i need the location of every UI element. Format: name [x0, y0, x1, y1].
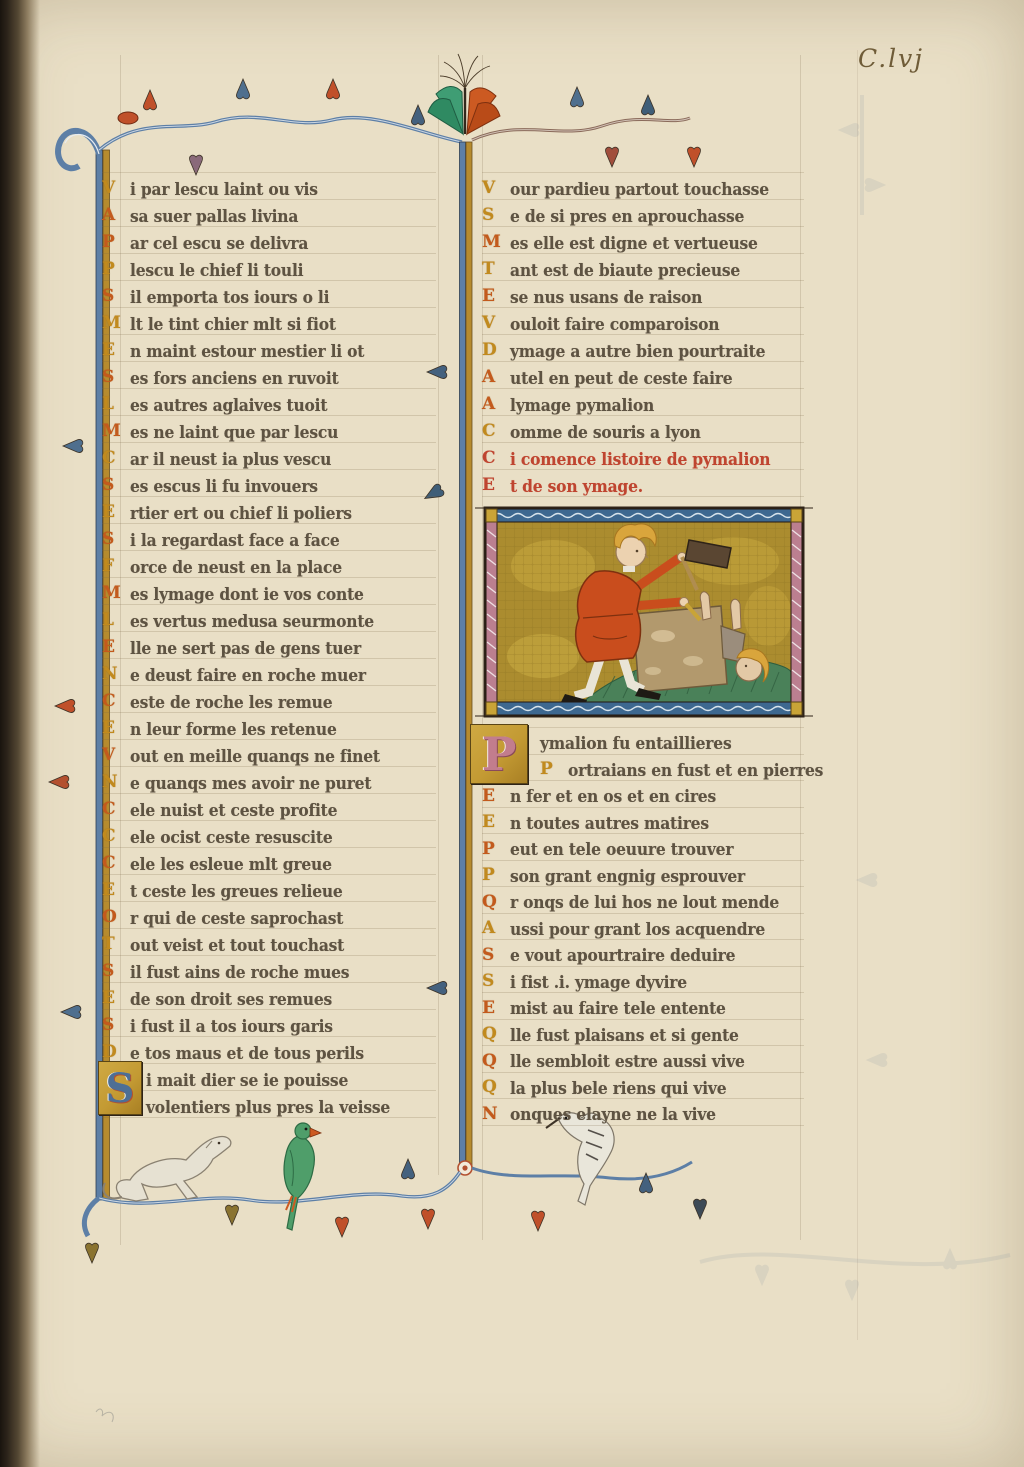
- text-line: S e de si pres en aprouchasse: [482, 200, 804, 227]
- text-line: C ele ocist ceste resuscite: [102, 821, 436, 848]
- text-line: N e deust faire en roche muer: [102, 659, 436, 686]
- line-initial: S: [482, 947, 510, 964]
- text-line: E rtier ert ou chief li poliers: [102, 497, 436, 524]
- text-line: P lescu le chief li touli: [102, 254, 436, 281]
- line-text: r qui de ceste saprochast: [130, 910, 343, 926]
- line-initial: E: [482, 477, 510, 494]
- text-line: S il fust ains de roche mues: [102, 956, 436, 983]
- line-text: es ne laint que par lescu: [130, 424, 338, 440]
- text-line: Q lle fust plaisans et si gente: [482, 1020, 804, 1047]
- text-line: volentiers plus pres la veisse: [102, 1091, 436, 1118]
- text-line: C ele nuist et ceste profite: [102, 794, 436, 821]
- text-line: S es escus li fu invouers: [102, 470, 436, 497]
- text-line: C ele les esleue mlt greue: [102, 848, 436, 875]
- text-line: M es lymage dont ie vos conte: [102, 578, 436, 605]
- line-text: n fer et en os et en cires: [510, 788, 716, 804]
- text-line: V our pardieu partout touchasse: [482, 173, 804, 200]
- line-initial: S: [102, 963, 130, 980]
- text-line: E n maint estour mestier li ot: [102, 335, 436, 362]
- corner-curl: [58, 131, 99, 168]
- top-border-vine: [99, 112, 690, 150]
- line-initial: Q: [482, 894, 510, 911]
- line-initial: P: [482, 841, 510, 858]
- line-initial: S: [102, 477, 130, 494]
- text-line: Q r onqs de lui hos ne lout mende: [482, 887, 804, 914]
- initial-letter: S: [106, 1065, 135, 1112]
- line-text: lescu le chief li touli: [130, 262, 303, 278]
- pencil-mark: [96, 1409, 113, 1422]
- line-initial: L: [102, 396, 130, 413]
- line-text: es escus li fu invouers: [130, 478, 318, 494]
- line-initial: P: [482, 867, 510, 884]
- line-initial: Q: [482, 1026, 510, 1043]
- line-text: i mait dier se ie pouisse: [146, 1072, 348, 1088]
- line-initial: V: [102, 747, 130, 764]
- line-text: lle sembloit estre aussi vive: [510, 1053, 745, 1069]
- text-line: C i comence listoire de pymalion: [482, 443, 804, 470]
- line-text: utel en peut de ceste faire: [510, 370, 732, 386]
- line-initial: S: [102, 531, 130, 548]
- line-text: la plus bele riens qui vive: [510, 1080, 726, 1096]
- line-text: e quanqs mes avoir ne puret: [130, 775, 371, 791]
- text-line: D ymage a autre bien pourtraite: [482, 335, 804, 362]
- text-line: L es vertus medusa seurmonte: [102, 605, 436, 632]
- right-text-column-upper: V our pardieu partout touchasse S e de s…: [482, 172, 804, 497]
- line-text: i fist .i. ymage dyvire: [510, 974, 687, 990]
- text-line: P ar cel escu se delivra: [102, 227, 436, 254]
- line-text: t ceste les greues relieue: [130, 883, 343, 899]
- line-initial: S: [482, 207, 510, 224]
- line-initial: F: [102, 558, 130, 575]
- text-line: P son grant engnig esprouver: [482, 861, 804, 888]
- book-gutter-shadow: [0, 0, 40, 1467]
- line-text: es lymage dont ie vos conte: [130, 586, 364, 602]
- text-line: O r qui de ceste saprochast: [102, 902, 436, 929]
- vine-bud: [118, 112, 138, 124]
- ruling-line: [438, 55, 439, 1175]
- text-line: S es fors anciens en ruvoit: [102, 362, 436, 389]
- ruling-line: [857, 50, 858, 1340]
- text-line: L es autres aglaives tuoit: [102, 389, 436, 416]
- line-initial: M: [102, 585, 130, 602]
- line-text: our pardieu partout touchasse: [510, 181, 769, 197]
- text-line: Q lle sembloit estre aussi vive: [482, 1046, 804, 1073]
- text-line: S i fust il a tos iours garis: [102, 1010, 436, 1037]
- text-line: E n toutes autres matires: [482, 808, 804, 835]
- text-line: S e vout apourtraire deduire: [482, 940, 804, 967]
- initial-letter: P: [482, 727, 517, 781]
- line-text: es autres aglaives tuoit: [130, 397, 327, 413]
- text-line: ymalion fu entaillieres: [482, 728, 804, 755]
- line-text: ouloit faire comparoison: [510, 316, 719, 332]
- text-line: V i par lescu laint ou vis: [102, 173, 436, 200]
- text-line: Q la plus bele riens qui vive: [482, 1073, 804, 1100]
- line-initial: N: [102, 666, 130, 683]
- line-text: ar cel escu se delivra: [130, 235, 308, 251]
- line-initial: D: [482, 342, 510, 359]
- text-line: S i fist .i. ymage dyvire: [482, 967, 804, 994]
- text-line: A utel en peut de ceste faire: [482, 362, 804, 389]
- text-line: E se nus usans de raison: [482, 281, 804, 308]
- text-line: E lle ne sert pas de gens tuer: [102, 632, 436, 659]
- text-line: E n fer et en os et en cires: [482, 781, 804, 808]
- line-initial: M: [102, 423, 130, 440]
- line-text: ant est de biaute precieuse: [510, 262, 740, 278]
- line-initial: V: [482, 180, 510, 197]
- line-initial: E: [102, 504, 130, 521]
- line-text: ymalion fu entaillieres: [540, 735, 731, 751]
- line-initial: L: [102, 612, 130, 629]
- line-text: out veist et tout touchast: [130, 937, 344, 953]
- line-text: t de son ymage.: [510, 478, 643, 494]
- parrot-figure: [284, 1123, 321, 1230]
- line-initial: C: [102, 855, 130, 872]
- text-line: A sa suer pallas livina: [102, 200, 436, 227]
- line-text: rtier ert ou chief li poliers: [130, 505, 352, 521]
- line-text: i comence listoire de pymalion: [510, 451, 770, 467]
- text-line: T ant est de biaute precieuse: [482, 254, 804, 281]
- text-line: E n leur forme les retenue: [102, 713, 436, 740]
- line-initial: A: [482, 369, 510, 386]
- line-initial: N: [482, 1106, 510, 1123]
- central-border-bar: [458, 142, 472, 1175]
- text-line: S i la regardast face a face: [102, 524, 436, 551]
- line-text: lt le tint chier mlt si fiot: [130, 316, 336, 332]
- line-initial: E: [482, 1000, 510, 1017]
- text-line: S il emporta tos iours o li: [102, 281, 436, 308]
- line-initial: C: [102, 828, 130, 845]
- line-text: ortraians en fust et en pierres: [568, 762, 823, 778]
- line-initial: E: [482, 814, 510, 831]
- line-text: i fust il a tos iours garis: [130, 1018, 333, 1034]
- line-initial: S: [102, 288, 130, 305]
- line-initial: P: [102, 234, 130, 251]
- text-line: M lt le tint chier mlt si fiot: [102, 308, 436, 335]
- text-line: A lymage pymalion: [482, 389, 804, 416]
- line-initial: P: [102, 261, 130, 278]
- line-text: out en meille quanqs ne finet: [130, 748, 380, 764]
- line-initial: E: [482, 288, 510, 305]
- line-initial: C: [102, 450, 130, 467]
- miniature-pygmalion-carving: [483, 506, 805, 718]
- text-line: D e tos maus et de tous perils: [102, 1037, 436, 1064]
- line-initial: M: [102, 315, 130, 332]
- text-line: M es ne laint que par lescu: [102, 416, 436, 443]
- line-text: e de si pres en aprouchasse: [510, 208, 744, 224]
- text-line: V ouloit faire comparoison: [482, 308, 804, 335]
- text-line: M es elle est digne et vertueuse: [482, 227, 804, 254]
- line-text: e tos maus et de tous perils: [130, 1045, 364, 1061]
- line-text: es fors anciens en ruvoit: [130, 370, 339, 386]
- line-initial: A: [482, 396, 510, 413]
- line-initial: P: [540, 761, 568, 778]
- text-line: A ussi pour grant los acquendre: [482, 914, 804, 941]
- line-text: mist au faire tele entente: [510, 1000, 726, 1016]
- vine-roundel: [458, 1161, 472, 1175]
- line-initial: C: [102, 693, 130, 710]
- text-line: C este de roche les remue: [102, 686, 436, 713]
- text-line: P eut en tele oeuure trouver: [482, 834, 804, 861]
- left-text-column: S V i par lescu laint ou vis A sa suer p…: [102, 172, 436, 1118]
- text-line: C ar il neust ia plus vescu: [102, 443, 436, 470]
- line-text: e vout apourtraire deduire: [510, 947, 735, 963]
- line-text: il fust ains de roche mues: [130, 964, 349, 980]
- text-line: P ortraians en fust et en pierres: [482, 755, 804, 782]
- line-text: onques elayne ne la vive: [510, 1106, 716, 1122]
- line-text: ele ocist ceste resuscite: [130, 829, 333, 845]
- line-text: omme de souris a lyon: [510, 424, 701, 440]
- line-initial: C: [482, 423, 510, 440]
- text-line: E t ceste les greues relieue: [102, 875, 436, 902]
- line-initial: C: [102, 801, 130, 818]
- text-line: V out en meille quanqs ne finet: [102, 740, 436, 767]
- line-text: eut en tele oeuure trouver: [510, 841, 733, 857]
- line-initial: S: [102, 1017, 130, 1034]
- line-text: i par lescu laint ou vis: [130, 181, 318, 197]
- text-line: N onques elayne ne la vive: [482, 1099, 804, 1126]
- line-text: de son droit ses remues: [130, 991, 332, 1007]
- text-line: N e quanqs mes avoir ne puret: [102, 767, 436, 794]
- decorated-initial-S: S: [98, 1061, 142, 1115]
- line-initial: A: [102, 207, 130, 224]
- line-initial: T: [102, 936, 130, 953]
- line-initial: Q: [482, 1079, 510, 1096]
- line-text: volentiers plus pres la veisse: [146, 1099, 390, 1115]
- line-initial: E: [102, 882, 130, 899]
- line-text: i la regardast face a face: [130, 532, 340, 548]
- line-initial: V: [102, 180, 130, 197]
- bottom-border-vine: [84, 1162, 692, 1236]
- line-initial: E: [102, 639, 130, 656]
- decorated-initial-P: P: [470, 724, 528, 784]
- right-text-column-lower: P ymalion fu entaillieres P ortraians en…: [482, 727, 804, 1126]
- line-text: es elle est digne et vertueuse: [510, 235, 758, 251]
- line-initial: O: [102, 909, 130, 926]
- line-initial: E: [482, 788, 510, 805]
- line-initial: E: [102, 720, 130, 737]
- manuscript-page: C.lvj: [0, 0, 1024, 1467]
- line-text: n maint estour mestier li ot: [130, 343, 364, 359]
- line-text: lle fust plaisans et si gente: [510, 1027, 739, 1043]
- line-initial: A: [482, 920, 510, 937]
- line-text: ussi pour grant los acquendre: [510, 921, 765, 937]
- line-initial: S: [482, 973, 510, 990]
- line-text: il emporta tos iours o li: [130, 289, 329, 305]
- line-text: n toutes autres matires: [510, 815, 709, 831]
- line-text: sa suer pallas livina: [130, 208, 298, 224]
- line-initial: Q: [482, 1053, 510, 1070]
- line-initial: E: [102, 342, 130, 359]
- line-text: lle ne sert pas de gens tuer: [130, 640, 361, 656]
- text-line: E t de son ymage.: [482, 470, 804, 497]
- line-text: lymage pymalion: [510, 397, 654, 413]
- text-line: T out veist et tout touchast: [102, 929, 436, 956]
- heron-figure: [546, 1113, 614, 1205]
- text-line: i mait dier se ie pouisse: [102, 1064, 436, 1091]
- line-initial: N: [102, 774, 130, 791]
- line-text: ele les esleue mlt greue: [130, 856, 332, 872]
- line-text: son grant engnig esprouver: [510, 868, 745, 884]
- text-line: C omme de souris a lyon: [482, 416, 804, 443]
- line-text: ele nuist et ceste profite: [130, 802, 337, 818]
- line-text: ymage a autre bien pourtraite: [510, 343, 765, 359]
- line-text: se nus usans de raison: [510, 289, 702, 305]
- line-initial: C: [482, 450, 510, 467]
- line-text: n leur forme les retenue: [130, 721, 337, 737]
- text-line: E mist au faire tele entente: [482, 993, 804, 1020]
- line-initial: M: [482, 234, 510, 251]
- line-text: e deust faire en roche muer: [130, 667, 366, 683]
- line-text: r onqs de lui hos ne lout mende: [510, 894, 779, 910]
- line-text: este de roche les remue: [130, 694, 332, 710]
- statue-block: [633, 606, 727, 692]
- line-initial: S: [102, 369, 130, 386]
- line-initial: E: [102, 990, 130, 1007]
- line-text: es vertus medusa seurmonte: [130, 613, 374, 629]
- line-text: orce de neust en la place: [130, 559, 342, 575]
- text-line: E de son droit ses remues: [102, 983, 436, 1010]
- line-text: ar il neust ia plus vescu: [130, 451, 331, 467]
- line-initial: T: [482, 261, 510, 278]
- line-initial: V: [482, 315, 510, 332]
- text-line: F orce de neust en la place: [102, 551, 436, 578]
- line-initial: D: [102, 1044, 130, 1061]
- folio-number: C.lvj: [858, 44, 968, 73]
- hound-figure: [103, 1137, 230, 1201]
